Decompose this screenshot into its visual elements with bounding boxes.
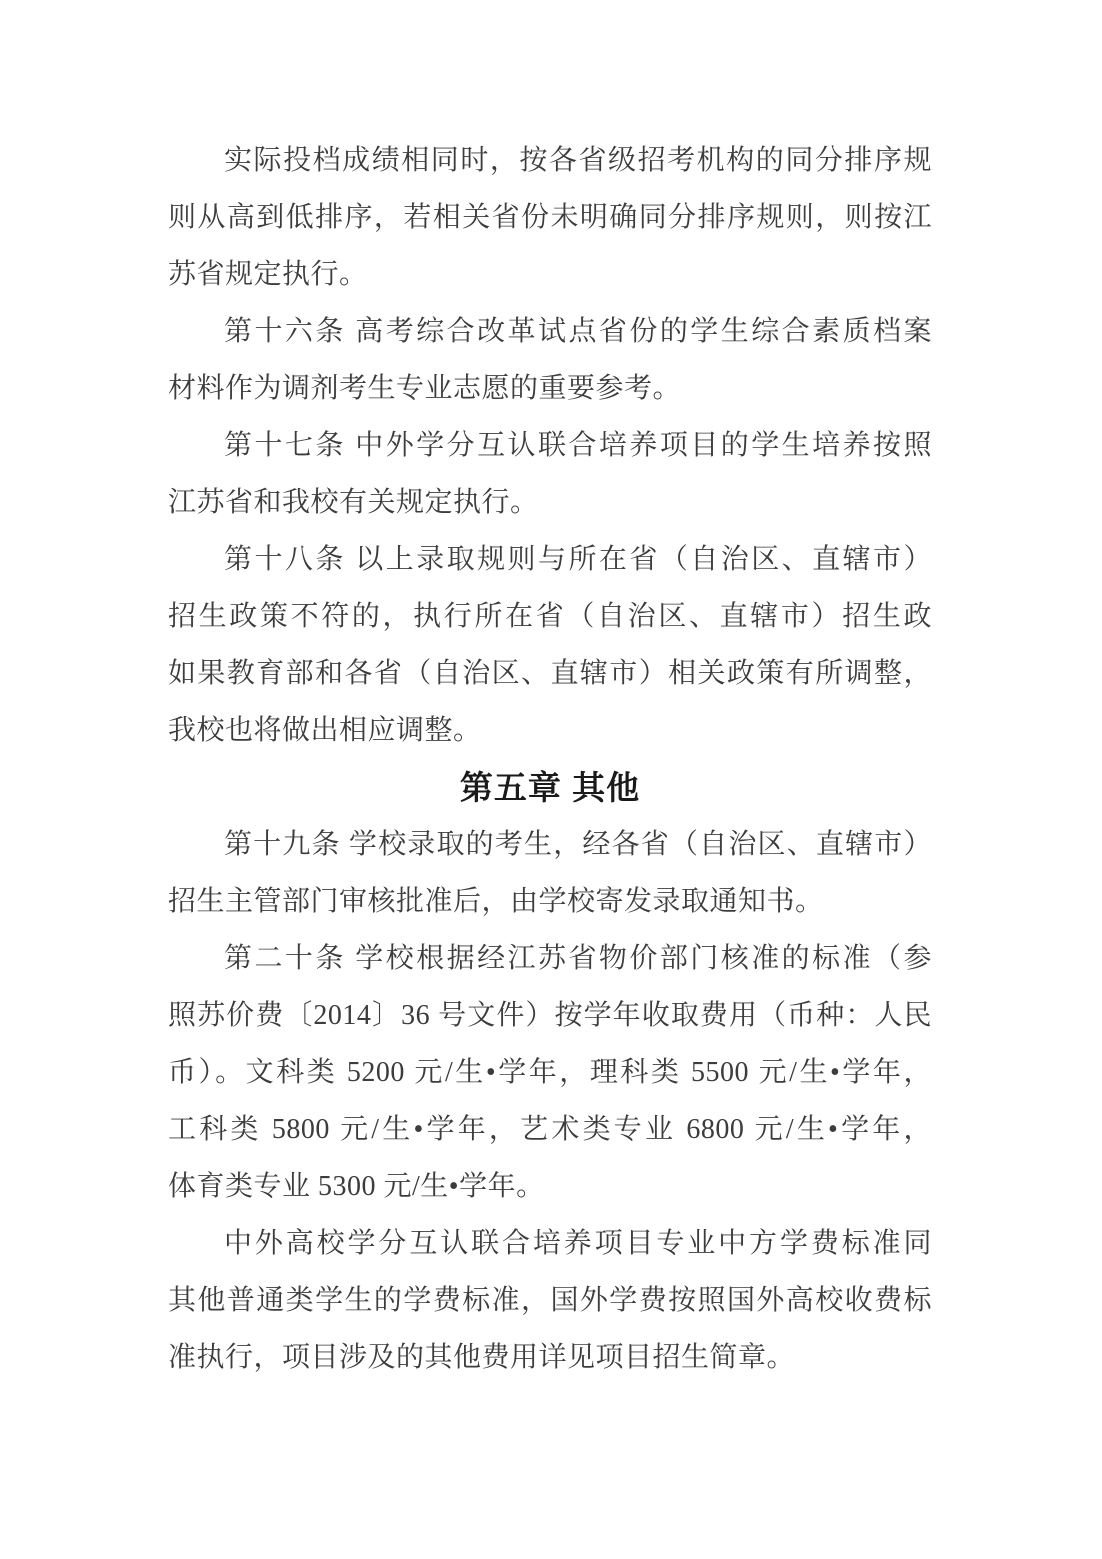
text-line: 第十六条 高考综合改革试点省份的学生综合素质档案: [168, 303, 932, 360]
paragraph-joint-program-fees: 中外高校学分互认联合培养项目专业中方学费标准同 其他普通类学生的学费标准，国外学…: [168, 1215, 932, 1386]
paragraph-article-17: 第十七条 中外学分互认联合培养项目的学生培养按照 江苏省和我校有关规定执行。: [168, 417, 932, 531]
chapter-heading: 第五章 其他: [168, 759, 932, 816]
text-line: 则从高到低排序，若相关省份未明确同分排序规则，则按江: [168, 189, 932, 246]
text-line: 第十七条 中外学分互认联合培养项目的学生培养按照: [168, 417, 932, 474]
text-line: 其他普通类学生的学费标准，国外学费按照国外高校收费标: [168, 1272, 932, 1329]
text-line: 实际投档成绩相同时，按各省级招考机构的同分排序规: [168, 132, 932, 189]
text-line: 第二十条 学校根据经江苏省物价部门核准的标准（参: [168, 930, 932, 987]
paragraph-article-16: 第十六条 高考综合改革试点省份的学生综合素质档案 材料作为调剂考生专业志愿的重要…: [168, 303, 932, 417]
text-line: 第十九条 学校录取的考生，经各省（自治区、直辖市）: [168, 816, 932, 873]
text-line: 照苏价费〔2014〕36 号文件）按学年收取费用（币种：人民: [168, 987, 932, 1044]
paragraph-article-18: 第十八条 以上录取规则与所在省（自治区、直辖市） 招生政策不符的，执行所在省（自…: [168, 531, 932, 759]
text-line: 江苏省和我校有关规定执行。: [168, 474, 932, 531]
text-line: 第十八条 以上录取规则与所在省（自治区、直辖市）: [168, 531, 932, 588]
text-line: 材料作为调剂考生专业志愿的重要参考。: [168, 360, 932, 417]
text-line: 体育类专业 5300 元/生•学年。: [168, 1158, 932, 1215]
text-line: 工科类 5800 元/生•学年，艺术类专业 6800 元/生•学年，: [168, 1101, 932, 1158]
text-line: 准执行，项目涉及的其他费用详见项目招生简章。: [168, 1329, 932, 1386]
text-line: 苏省规定执行。: [168, 246, 932, 303]
text-line: 招生政策不符的，执行所在省（自治区、直辖市）招生政策；: [168, 588, 932, 645]
text-line: 中外高校学分互认联合培养项目专业中方学费标准同: [168, 1215, 932, 1272]
text-line: 我校也将做出相应调整。: [168, 702, 932, 759]
text-line: 如果教育部和各省（自治区、直辖市）相关政策有所调整，: [168, 645, 932, 702]
paragraph-article-20: 第二十条 学校根据经江苏省物价部门核准的标准（参 照苏价费〔2014〕36 号文…: [168, 930, 932, 1215]
paragraph-article-19: 第十九条 学校录取的考生，经各省（自治区、直辖市） 招生主管部门审核批准后，由学…: [168, 816, 932, 930]
text-line: 币）。文科类 5200 元/生•学年，理科类 5500 元/生•学年，: [168, 1044, 932, 1101]
text-line: 招生主管部门审核批准后，由学校寄发录取通知书。: [168, 873, 932, 930]
document-page: 实际投档成绩相同时，按各省级招考机构的同分排序规 则从高到低排序，若相关省份未明…: [0, 0, 1102, 1559]
paragraph-continuation: 实际投档成绩相同时，按各省级招考机构的同分排序规 则从高到低排序，若相关省份未明…: [168, 132, 932, 303]
